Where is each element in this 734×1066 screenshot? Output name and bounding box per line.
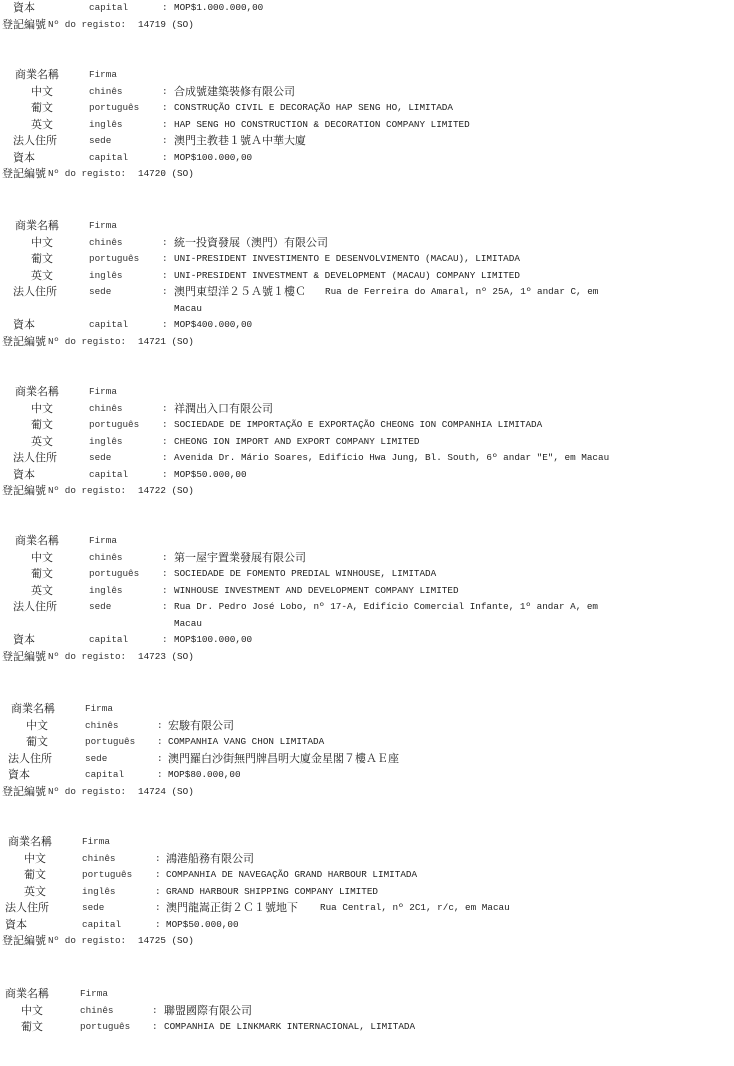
sede-continuation-row: Macau (0, 616, 734, 633)
sede-value-pt: Rua Central, nº 2C1, r/c, em Macau (320, 900, 510, 917)
ingles-label-pt: inglês (82, 884, 115, 901)
portugues-label-pt: português (89, 100, 139, 117)
capital-label-pt: capital (89, 150, 128, 167)
chines-value: 鴻港船務有限公司 (166, 851, 254, 868)
registo-label-zh: 登記編號 (2, 334, 46, 351)
capital-value: MOP$80.000,00 (168, 767, 241, 784)
firma-label-pt: Firma (89, 218, 117, 235)
sede-label-zh: 法人住所 (8, 751, 52, 768)
firma-row: 商業名稱 Firma (0, 986, 734, 1003)
registo-label-zh: 登記編號 (2, 166, 46, 183)
chines-label-pt: chinês (82, 851, 115, 868)
colon: : (157, 734, 163, 751)
firma-label-pt: Firma (89, 67, 117, 84)
firma-label-zh: 商業名稱 (8, 834, 52, 851)
registo-value: 14723 (SO) (138, 649, 194, 666)
portugues-label-zh: 葡文 (31, 100, 53, 117)
sede-value: Rua Dr. Pedro José Lobo, nº 17-A, Edifíc… (174, 599, 598, 616)
ingles-row: 英文 inglês : GRAND HARBOUR SHIPPING COMPA… (0, 884, 734, 901)
colon: : (162, 235, 168, 252)
colon: : (155, 884, 161, 901)
registo-label-pt: Nº do registo: (48, 784, 126, 801)
capital-row: 資本 capital : MOP$50.000,00 (0, 917, 734, 934)
sede-row: 法人住所 sede : Avenida Dr. Mário Soares, Ed… (0, 450, 734, 467)
firma-label-pt: Firma (89, 384, 117, 401)
record-14725: 商業名稱 Firma 中文 chinês : 鴻港船務有限公司 葡文 portu… (0, 834, 734, 950)
colon: : (162, 401, 168, 418)
portugues-value: CONSTRUÇÃO CIVIL E DECORAÇÃO HAP SENG HO… (174, 100, 453, 117)
portugues-value: UNI-PRESIDENT INVESTIMENTO E DESENVOLVIM… (174, 251, 520, 268)
chines-label-pt: chinês (85, 718, 118, 735)
registo-label-pt: Nº do registo: (48, 933, 126, 950)
colon: : (162, 317, 168, 334)
capital-label-zh: 資本 (13, 0, 35, 17)
colon: : (162, 599, 168, 616)
portugues-value: COMPANHIA DE LINKMARK INTERNACIONAL, LIM… (164, 1019, 415, 1036)
chines-row: 中文 chinês : 統一投資發展（澳門）有限公司 (0, 235, 734, 252)
chines-label-zh: 中文 (24, 851, 46, 868)
capital-label-pt: capital (89, 632, 128, 649)
colon: : (162, 284, 168, 301)
sede-label-zh: 法人住所 (13, 599, 57, 616)
firma-row: 商業名稱 Firma (0, 218, 734, 235)
registo-label-pt: Nº do registo: (48, 649, 126, 666)
ingles-row: 英文 inglês : CHEONG ION IMPORT AND EXPORT… (0, 434, 734, 451)
chines-label-zh: 中文 (31, 235, 53, 252)
registo-row: 登記編號 Nº do registo: 14724 (SO) (0, 784, 734, 801)
portugues-label-zh: 葡文 (31, 251, 53, 268)
registo-label-zh: 登記編號 (2, 649, 46, 666)
sede-label-zh: 法人住所 (13, 284, 57, 301)
chines-value: 統一投資發展（澳門）有限公司 (174, 235, 328, 252)
sede-value: 澳門羅白沙街無門牌昌明大廈金星閣７樓ＡＥ座 (168, 751, 399, 768)
capital-row: 資本 capital : MOP$1.000.000,00 (0, 0, 734, 17)
chines-row: 中文 chinês : 祥潤出入口有限公司 (0, 401, 734, 418)
capital-value: MOP$100.000,00 (174, 150, 252, 167)
record-14721: 商業名稱 Firma 中文 chinês : 統一投資發展（澳門）有限公司 葡文… (0, 218, 734, 350)
registo-row: 登記編號 Nº do registo: 14719 (SO) (0, 17, 734, 34)
portugues-row: 葡文 português : CONSTRUÇÃO CIVIL E DECORA… (0, 100, 734, 117)
portugues-label-pt: português (82, 867, 132, 884)
registo-value: 14720 (SO) (138, 166, 194, 183)
capital-label-pt: capital (85, 767, 124, 784)
sede-continuation: Macau (174, 616, 202, 633)
colon: : (162, 150, 168, 167)
capital-value: MOP$100.000,00 (174, 632, 252, 649)
registo-label-zh: 登記編號 (2, 17, 46, 34)
ingles-value: UNI-PRESIDENT INVESTMENT & DEVELOPMENT (… (174, 268, 520, 285)
colon: : (157, 751, 163, 768)
capital-value: MOP$50.000,00 (174, 467, 247, 484)
record-14722: 商業名稱 Firma 中文 chinês : 祥潤出入口有限公司 葡文 port… (0, 384, 734, 500)
portugues-value: SOCIEDADE DE FOMENTO PREDIAL WINHOUSE, L… (174, 566, 436, 583)
sede-label-pt: sede (89, 450, 111, 467)
firma-row: 商業名稱 Firma (0, 533, 734, 550)
portugues-label-zh: 葡文 (26, 734, 48, 751)
sede-label-pt: sede (82, 900, 104, 917)
chines-label-zh: 中文 (21, 1003, 43, 1020)
colon: : (152, 1003, 158, 1020)
capital-label-pt: capital (89, 467, 128, 484)
sede-label-pt: sede (85, 751, 107, 768)
registo-label-pt: Nº do registo: (48, 17, 126, 34)
capital-value: MOP$1.000.000,00 (174, 0, 263, 17)
registo-label-pt: Nº do registo: (48, 483, 126, 500)
ingles-value: HAP SENG HO CONSTRUCTION & DECORATION CO… (174, 117, 470, 134)
ingles-label-zh: 英文 (24, 884, 46, 901)
colon: : (162, 133, 168, 150)
sede-row: 法人住所 sede : 澳門羅白沙街無門牌昌明大廈金星閣７樓ＡＥ座 (0, 751, 734, 768)
capital-label-zh: 資本 (13, 150, 35, 167)
ingles-label-pt: inglês (89, 117, 122, 134)
firma-row: 商業名稱 Firma (0, 384, 734, 401)
colon: : (162, 467, 168, 484)
registo-label-zh: 登記編號 (2, 784, 46, 801)
sede-label-zh: 法人住所 (13, 133, 57, 150)
portugues-value: SOCIEDADE DE IMPORTAÇÃO E EXPORTAÇÃO CHE… (174, 417, 542, 434)
firma-label-pt: Firma (82, 834, 110, 851)
sede-value-zh: 澳門龍嵩正街２Ｃ１號地下 (166, 900, 298, 917)
chines-row: 中文 chinês : 合成號建築裝修有限公司 (0, 84, 734, 101)
colon: : (162, 550, 168, 567)
portugues-label-zh: 葡文 (31, 417, 53, 434)
ingles-label-pt: inglês (89, 583, 122, 600)
portugues-row: 葡文 português : SOCIEDADE DE FOMENTO PRED… (0, 566, 734, 583)
ingles-label-zh: 英文 (31, 583, 53, 600)
sede-row: 法人住所 sede : 澳門東望洋２５Ａ號１樓Ｃ Rua de Ferreira… (0, 284, 734, 301)
firma-label-zh: 商業名稱 (5, 986, 49, 1003)
firma-label-zh: 商業名稱 (15, 218, 59, 235)
chines-label-pt: chinês (89, 401, 122, 418)
sede-value: Avenida Dr. Mário Soares, Edifício Hwa J… (174, 450, 609, 467)
portugues-label-pt: português (85, 734, 135, 751)
registo-row: 登記編號 Nº do registo: 14720 (SO) (0, 166, 734, 183)
portugues-label-pt: português (89, 566, 139, 583)
colon: : (162, 117, 168, 134)
ingles-label-pt: inglês (89, 268, 122, 285)
sede-label-pt: sede (89, 284, 111, 301)
capital-label-zh: 資本 (13, 317, 35, 334)
sede-label-pt: sede (89, 133, 111, 150)
portugues-value: COMPANHIA DE NAVEGAÇÃO GRAND HARBOUR LIM… (166, 867, 417, 884)
colon: : (162, 632, 168, 649)
ingles-label-pt: inglês (89, 434, 122, 451)
colon: : (162, 0, 168, 17)
firma-label-zh: 商業名稱 (11, 701, 55, 718)
capital-label-zh: 資本 (5, 917, 27, 934)
chines-label-zh: 中文 (31, 401, 53, 418)
chines-value: 合成號建築裝修有限公司 (174, 84, 295, 101)
colon: : (157, 767, 163, 784)
capital-row: 資本 capital : MOP$80.000,00 (0, 767, 734, 784)
chines-label-zh: 中文 (31, 550, 53, 567)
firma-label-pt: Firma (89, 533, 117, 550)
colon: : (162, 100, 168, 117)
ingles-label-zh: 英文 (31, 117, 53, 134)
record-14724: 商業名稱 Firma 中文 chinês : 宏駿有限公司 葡文 portugu… (0, 701, 734, 800)
firma-row: 商業名稱 Firma (0, 67, 734, 84)
registo-value: 14722 (SO) (138, 483, 194, 500)
sede-label-zh: 法人住所 (5, 900, 49, 917)
record-14723: 商業名稱 Firma 中文 chinês : 第一屋宇置業發展有限公司 葡文 p… (0, 533, 734, 665)
sede-row: 法人住所 sede : 澳門主教巷１號Ａ中華大廈 (0, 133, 734, 150)
colon: : (155, 900, 161, 917)
chines-label-pt: chinês (89, 235, 122, 252)
chines-value: 聯盟國際有限公司 (164, 1003, 252, 1020)
chines-value: 宏駿有限公司 (168, 718, 234, 735)
capital-row: 資本 capital : MOP$400.000,00 (0, 317, 734, 334)
capital-value: MOP$50.000,00 (166, 917, 239, 934)
colon: : (157, 718, 163, 735)
colon: : (162, 84, 168, 101)
portugues-row: 葡文 português : COMPANHIA DE NAVEGAÇÃO GR… (0, 867, 734, 884)
portugues-row: 葡文 português : COMPANHIA DE LINKMARK INT… (0, 1019, 734, 1036)
portugues-label-pt: português (89, 251, 139, 268)
colon: : (162, 434, 168, 451)
registo-label-zh: 登記編號 (2, 933, 46, 950)
capital-label-pt: capital (89, 317, 128, 334)
portugues-label-zh: 葡文 (31, 566, 53, 583)
chines-row: 中文 chinês : 聯盟國際有限公司 (0, 1003, 734, 1020)
sede-label-zh: 法人住所 (13, 450, 57, 467)
registo-label-pt: Nº do registo: (48, 166, 126, 183)
ingles-value: CHEONG ION IMPORT AND EXPORT COMPANY LIM… (174, 434, 419, 451)
capital-label-pt: capital (82, 917, 121, 934)
ingles-row: 英文 inglês : WINHOUSE INVESTMENT AND DEVE… (0, 583, 734, 600)
chines-row: 中文 chinês : 第一屋宇置業發展有限公司 (0, 550, 734, 567)
capital-row: 資本 capital : MOP$100.000,00 (0, 150, 734, 167)
ingles-row: 英文 inglês : UNI-PRESIDENT INVESTMENT & D… (0, 268, 734, 285)
sede-value-pt: Rua de Ferreira do Amaral, nº 25A, 1º an… (325, 284, 598, 301)
registo-label-pt: Nº do registo: (48, 334, 126, 351)
registo-value: 14721 (SO) (138, 334, 194, 351)
portugues-row: 葡文 português : UNI-PRESIDENT INVESTIMENT… (0, 251, 734, 268)
capital-label-zh: 資本 (13, 632, 35, 649)
chines-label-pt: chinês (80, 1003, 113, 1020)
colon: : (162, 583, 168, 600)
portugues-label-zh: 葡文 (24, 867, 46, 884)
firma-label-pt: Firma (80, 986, 108, 1003)
ingles-row: 英文 inglês : HAP SENG HO CONSTRUCTION & D… (0, 117, 734, 134)
portugues-label-pt: português (89, 417, 139, 434)
capital-row: 資本 capital : MOP$50.000,00 (0, 467, 734, 484)
registo-value: 14719 (SO) (138, 17, 194, 34)
chines-label-pt: chinês (89, 550, 122, 567)
firma-label-pt: Firma (85, 701, 113, 718)
ingles-label-zh: 英文 (31, 268, 53, 285)
capital-label-zh: 資本 (13, 467, 35, 484)
ingles-value: GRAND HARBOUR SHIPPING COMPANY LIMITED (166, 884, 378, 901)
firma-label-zh: 商業名稱 (15, 384, 59, 401)
registo-row: 登記編號 Nº do registo: 14725 (SO) (0, 933, 734, 950)
colon: : (152, 1019, 158, 1036)
registo-value: 14725 (SO) (138, 933, 194, 950)
capital-label-pt: capital (89, 0, 128, 17)
ingles-value: WINHOUSE INVESTMENT AND DEVELOPMENT COMP… (174, 583, 459, 600)
registo-label-zh: 登記編號 (2, 483, 46, 500)
chines-value: 祥潤出入口有限公司 (174, 401, 273, 418)
chines-value: 第一屋宇置業發展有限公司 (174, 550, 306, 567)
sede-continuation-row: Macau (0, 301, 734, 318)
chines-row: 中文 chinês : 鴻港船務有限公司 (0, 851, 734, 868)
portugues-label-zh: 葡文 (21, 1019, 43, 1036)
colon: : (155, 851, 161, 868)
sede-continuation: Macau (174, 301, 202, 318)
capital-label-zh: 資本 (8, 767, 30, 784)
chines-label-pt: chinês (89, 84, 122, 101)
portugues-row: 葡文 português : COMPANHIA VANG CHON LIMIT… (0, 734, 734, 751)
colon: : (162, 450, 168, 467)
registo-row: 登記編號 Nº do registo: 14722 (SO) (0, 483, 734, 500)
record-14720: 商業名稱 Firma 中文 chinês : 合成號建築裝修有限公司 葡文 po… (0, 67, 734, 183)
record-14719-fragment: 資本 capital : MOP$1.000.000,00 登記編號 Nº do… (0, 0, 734, 33)
sede-value-zh: 澳門東望洋２５Ａ號１樓Ｃ (174, 284, 306, 301)
record-partial: 商業名稱 Firma 中文 chinês : 聯盟國際有限公司 葡文 portu… (0, 986, 734, 1036)
sede-row: 法人住所 sede : 澳門龍嵩正街２Ｃ１號地下 Rua Central, nº… (0, 900, 734, 917)
colon: : (162, 251, 168, 268)
colon: : (162, 268, 168, 285)
chines-row: 中文 chinês : 宏駿有限公司 (0, 718, 734, 735)
registo-row: 登記編號 Nº do registo: 14723 (SO) (0, 649, 734, 666)
firma-label-zh: 商業名稱 (15, 67, 59, 84)
capital-value: MOP$400.000,00 (174, 317, 252, 334)
colon: : (155, 867, 161, 884)
sede-label-pt: sede (89, 599, 111, 616)
sede-value: 澳門主教巷１號Ａ中華大廈 (174, 133, 306, 150)
chines-label-zh: 中文 (26, 718, 48, 735)
chines-label-zh: 中文 (31, 84, 53, 101)
colon: : (155, 917, 161, 934)
colon: : (162, 566, 168, 583)
registo-value: 14724 (SO) (138, 784, 194, 801)
sede-row: 法人住所 sede : Rua Dr. Pedro José Lobo, nº … (0, 599, 734, 616)
firma-label-zh: 商業名稱 (15, 533, 59, 550)
portugues-label-pt: português (80, 1019, 130, 1036)
ingles-label-zh: 英文 (31, 434, 53, 451)
portugues-row: 葡文 português : SOCIEDADE DE IMPORTAÇÃO E… (0, 417, 734, 434)
firma-row: 商業名稱 Firma (0, 834, 734, 851)
registo-row: 登記編號 Nº do registo: 14721 (SO) (0, 334, 734, 351)
portugues-value: COMPANHIA VANG CHON LIMITADA (168, 734, 324, 751)
colon: : (162, 417, 168, 434)
capital-row: 資本 capital : MOP$100.000,00 (0, 632, 734, 649)
firma-row: 商業名稱 Firma (0, 701, 734, 718)
